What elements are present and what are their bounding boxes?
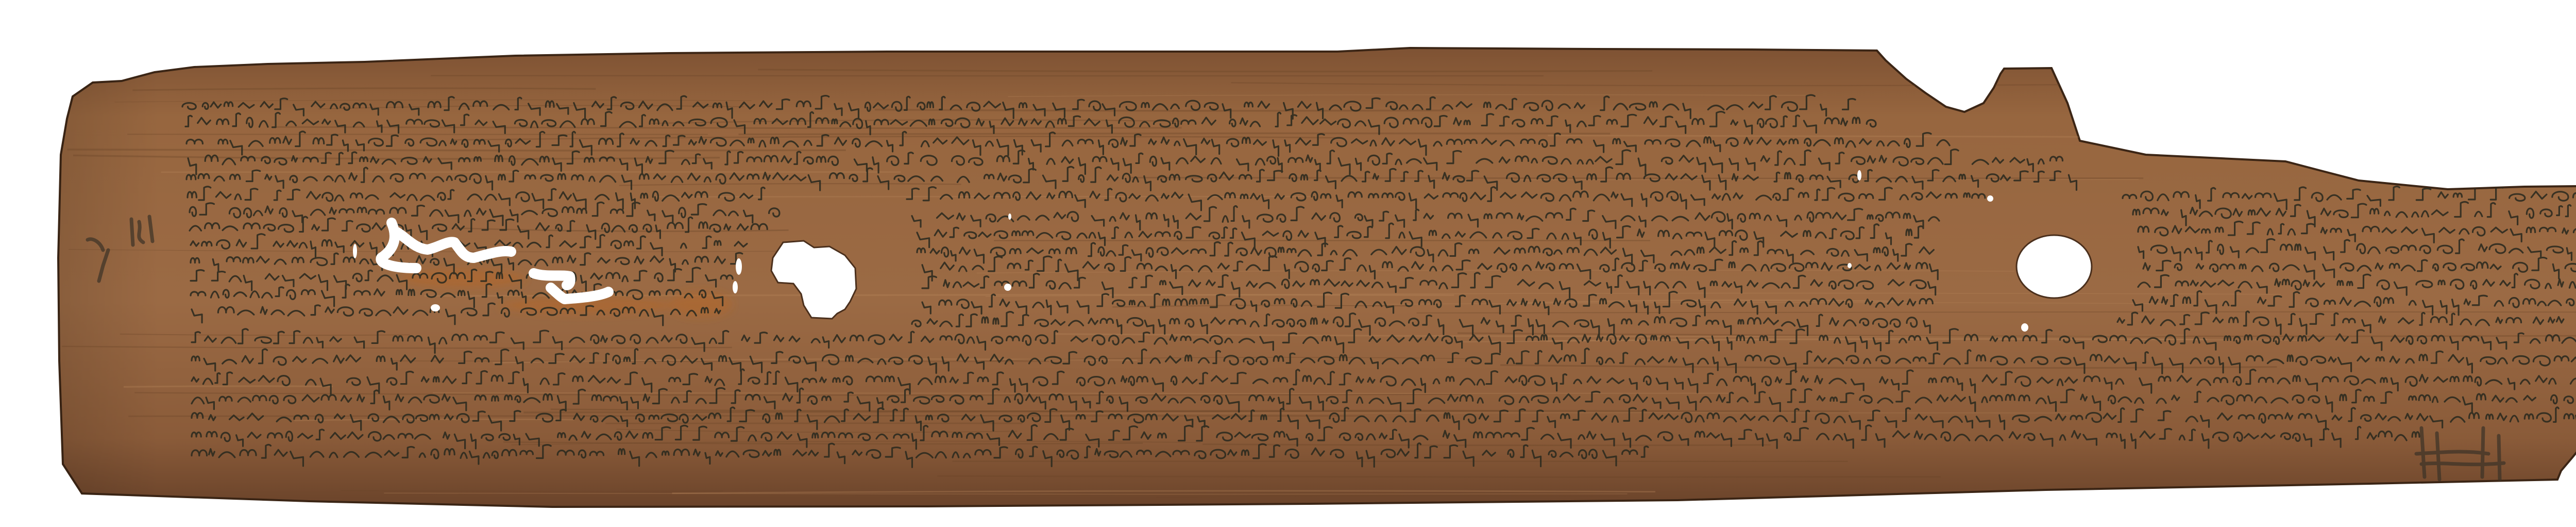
pinhole (1848, 263, 1852, 268)
pinhole (733, 281, 738, 293)
pinhole (1987, 195, 1993, 202)
pinhole (1004, 284, 1011, 291)
pinhole (353, 244, 357, 258)
right-binding-hole (2016, 235, 2092, 298)
pinhole (736, 258, 742, 275)
pinhole (1008, 213, 1011, 220)
pinhole (1857, 170, 1861, 180)
manuscript-scan (0, 0, 2576, 527)
pinhole (2021, 323, 2028, 332)
pinhole (431, 304, 440, 311)
